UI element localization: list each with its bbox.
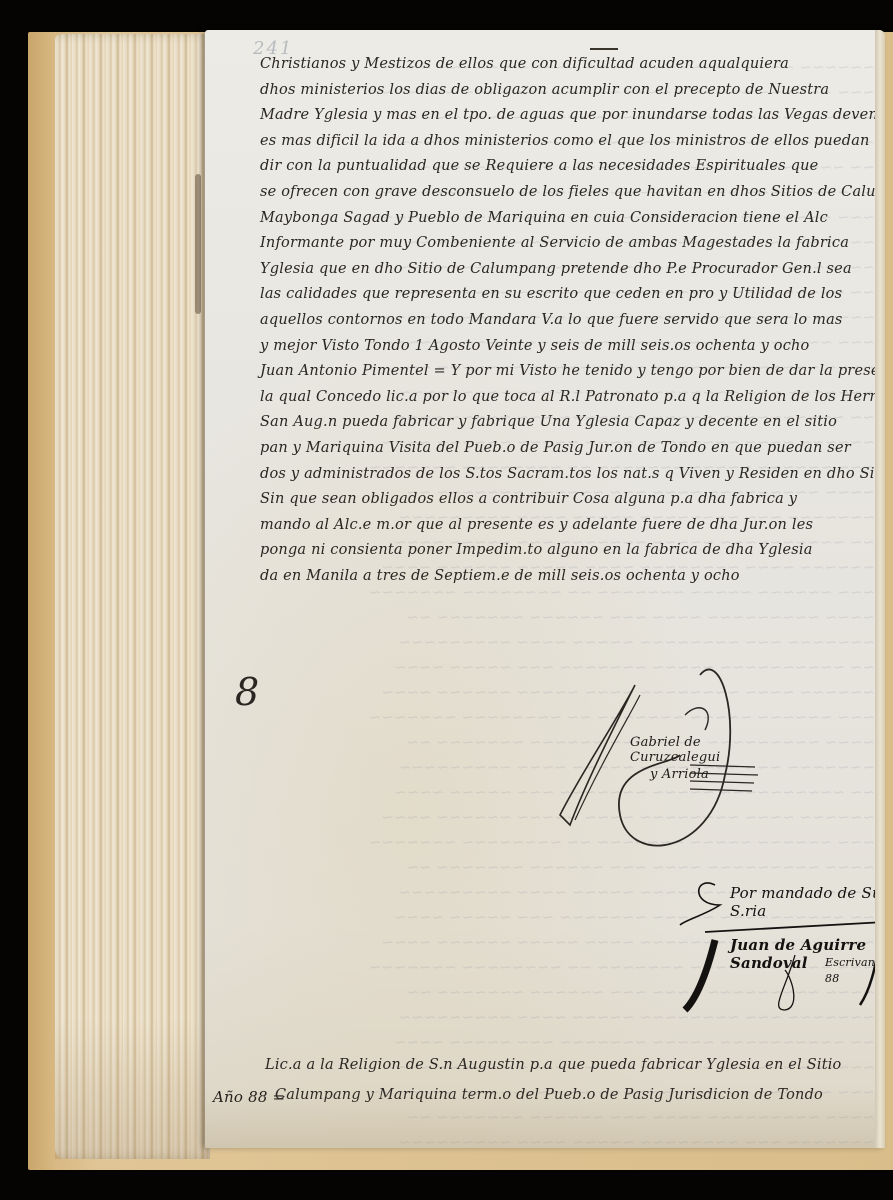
body-text: Christianos y Mestizos de ellos que con … [260, 52, 885, 589]
text-line: Yglesia que en dho Sitio de Calumpang pr… [260, 257, 885, 283]
secretary-line-4: 88 [825, 972, 839, 985]
text-line: aquellos contornos en todo Mandara V.a l… [260, 308, 885, 334]
top-flourish [590, 48, 618, 50]
signature-line-2: y Arriola [650, 767, 709, 782]
text-line: Christianos y Mestizos de ellos que con … [260, 52, 885, 78]
text-line: Juan Antonio Pimentel = Y por mi Visto h… [260, 359, 885, 385]
secretary-line-3: Escrivano [825, 956, 882, 969]
summary-line: Lic.a a la Religion de S.n Augustin p.a … [265, 1050, 885, 1080]
text-line: San Aug.n pueda fabricar y fabrique Una … [260, 410, 885, 436]
text-line: dir con la puntualidad que se Requiere a… [260, 154, 885, 180]
text-line: dos y administrados de los S.tos Sacram.… [260, 462, 885, 488]
text-line: dhos ministerios los dias de obligazon a… [260, 78, 885, 104]
text-line: mando al Alc.e m.or que al presente es y… [260, 513, 885, 539]
text-line: Madre Yglesia y mas en el tpo. de aguas … [260, 103, 885, 129]
text-line: pan y Mariquina Visita del Pueb.o de Pas… [260, 436, 885, 462]
text-line: ponga ni consienta poner Impedim.to algu… [260, 538, 885, 564]
text-line: Sin que sean obligados ellos a contribui… [260, 487, 885, 513]
manuscript-page: ~~~~~~ ~~~~ ~~~~~~~~ ~~~~ ~~~~~ ~~~~~~ ~… [205, 30, 885, 1148]
page-edge-stain [195, 174, 201, 314]
margin-mark: 8 [235, 670, 259, 714]
text-line: las calidades que representa en su escri… [260, 282, 885, 308]
text-line: se ofrecen con grave desconsuelo de los … [260, 180, 885, 206]
signature-line-1: Gabriel de Curuzealegui [630, 735, 770, 765]
page-right-edge [875, 30, 885, 1148]
page-bottom-shading [205, 1088, 885, 1148]
page-edges-stack [55, 34, 210, 1159]
secretary-line-1: Por mandado de Su S.ria [730, 884, 885, 920]
secretary-signature: Por mandado de Su S.ria Juan de Aguirre … [675, 860, 885, 1020]
viceroy-signature: Gabriel de Curuzealegui y Arriola [540, 655, 770, 865]
text-line: y mejor Visto Tondo 1 Agosto Veinte y se… [260, 334, 885, 360]
text-line: da en Manila a tres de Septiem.e de mill… [260, 564, 885, 590]
text-line: la qual Concedo lic.a por lo que toca al… [260, 385, 885, 411]
text-line: Informante por muy Combeniente al Servic… [260, 231, 885, 257]
text-line: es mas dificil la ida a dhos ministerios… [260, 129, 885, 155]
text-line: Maybonga Sagad y Pueblo de Mariquina en … [260, 206, 885, 232]
